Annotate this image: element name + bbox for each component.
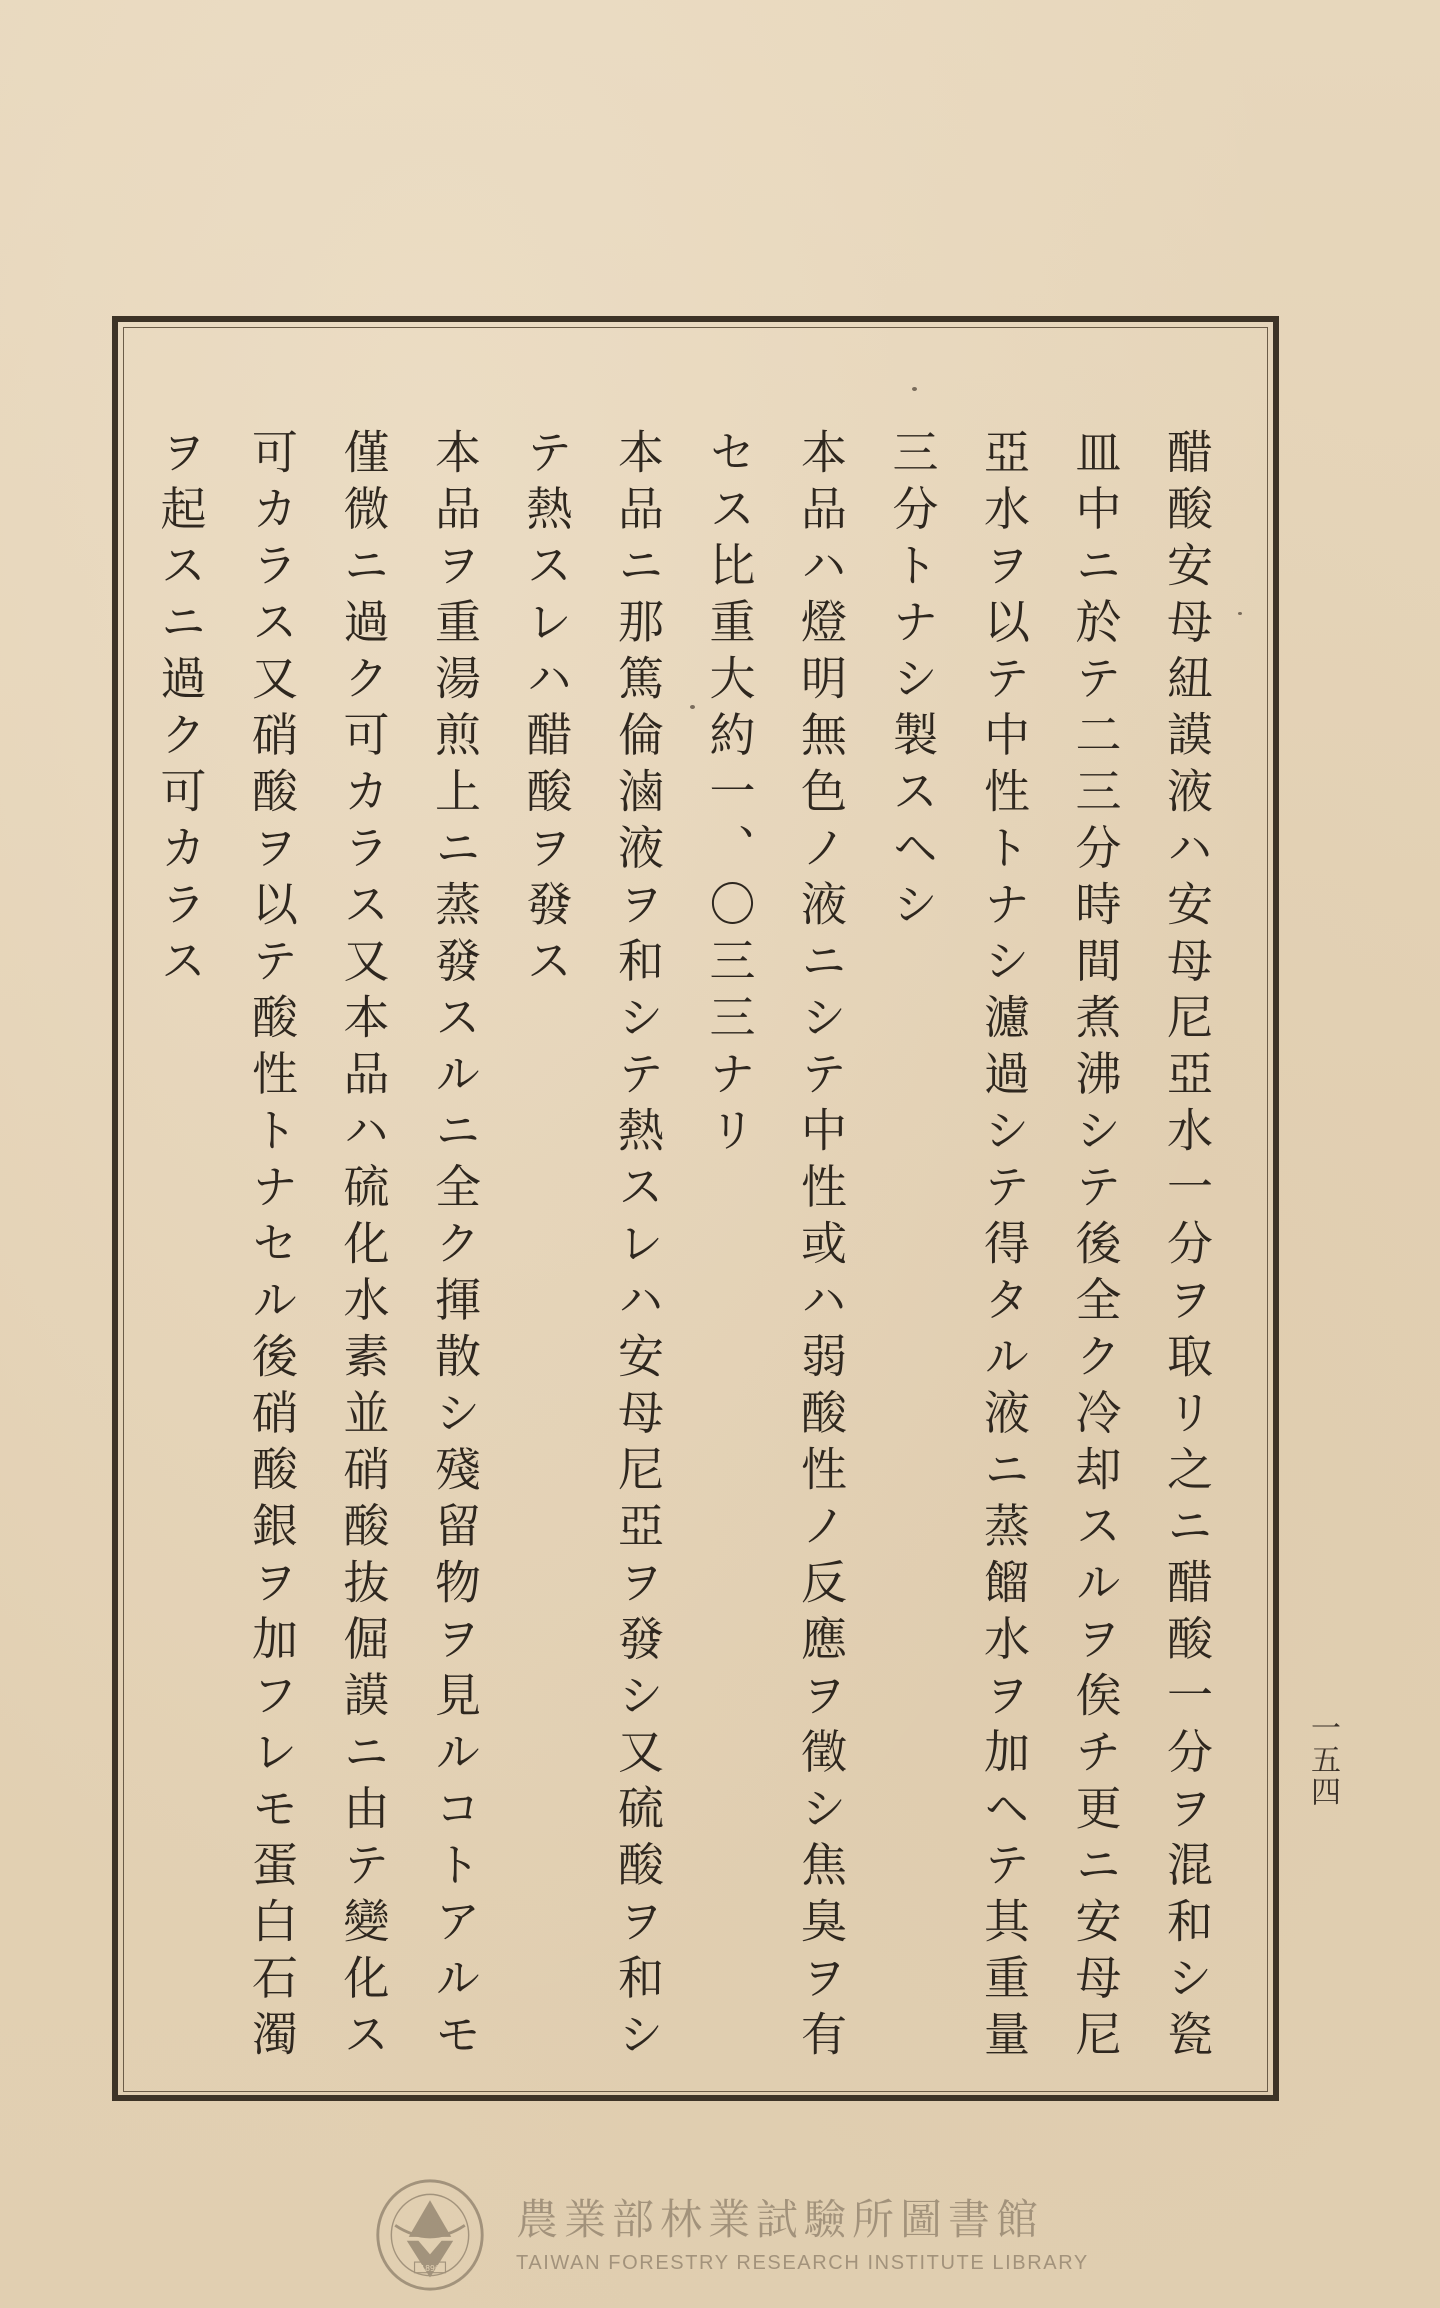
text-column-2: 皿中ニ於テ二三分時間煮沸シテ後全ク冷却スルヲ俟チ更ニ安母尼 (1049, 428, 1141, 2078)
ink-speck (912, 387, 917, 391)
tfri-logo-icon: 1896 (372, 2177, 488, 2293)
ink-speck (690, 705, 695, 709)
text-column-1: 醋酸安母紐謨液ハ安母尼亞水一分ヲ取リ之ニ醋酸一分ヲ混和シ瓷 (1141, 428, 1233, 2078)
text-column-10: 僅微ニ過ク可カラス又本品ハ硫化水素並硝酸抜倔謨ニ由テ變化ス (317, 428, 409, 2078)
svg-text:1896: 1896 (420, 2264, 440, 2273)
text-column-8: テ熱スレハ醋酸ヲ發ス (500, 428, 592, 2078)
text-column-6: セス比重大約一、〇三三ナリ (683, 428, 775, 2078)
page-number: 一五四 (1300, 1712, 1344, 1808)
text-column-4: 三分トナシ製スヘシ (866, 428, 958, 2078)
text-column-7: 本品ニ那篤倫滷液ヲ和シテ熱スレハ安母尼亞ヲ發シ又硫酸ヲ和シ (592, 428, 684, 2078)
text-column-9: 本品ヲ重湯煎上ニ蒸發スルニ全ク揮散シ殘留物ヲ見ルコトアルモ (409, 428, 501, 2078)
text-column-11: 可カラス又硝酸ヲ以テ酸性トナセル後硝酸銀ヲ加フレモ蛋白石濁 (226, 428, 318, 2078)
text-column-3: 亞水ヲ以テ中性トナシ濾過シテ得タル液ニ蒸餾水ヲ加ヘテ其重量 (958, 428, 1050, 2078)
ink-speck (1238, 612, 1242, 615)
library-watermark: 1896 農業部林業試驗所圖書館 TAIWAN FORESTRY RESEARC… (372, 2170, 1089, 2300)
vertical-text-body: 醋酸安母紐謨液ハ安母尼亞水一分ヲ取リ之ニ醋酸一分ヲ混和シ瓷 皿中ニ於テ二三分時間… (134, 428, 1232, 2078)
scanned-book-page: 醋酸安母紐謨液ハ安母尼亞水一分ヲ取リ之ニ醋酸一分ヲ混和シ瓷 皿中ニ於テ二三分時間… (0, 0, 1440, 2308)
library-name-cjk: 農業部林業試驗所圖書館 (516, 2196, 1089, 2244)
library-name-english: TAIWAN FORESTRY RESEARCH INSTITUTE LIBRA… (516, 2252, 1089, 2275)
text-column-5: 本品ハ燈明無色ノ液ニシテ中性或ハ弱酸性ノ反應ヲ徵シ焦臭ヲ有 (775, 428, 867, 2078)
text-column-12: ヲ起スニ過ク可カラス (134, 428, 226, 2078)
